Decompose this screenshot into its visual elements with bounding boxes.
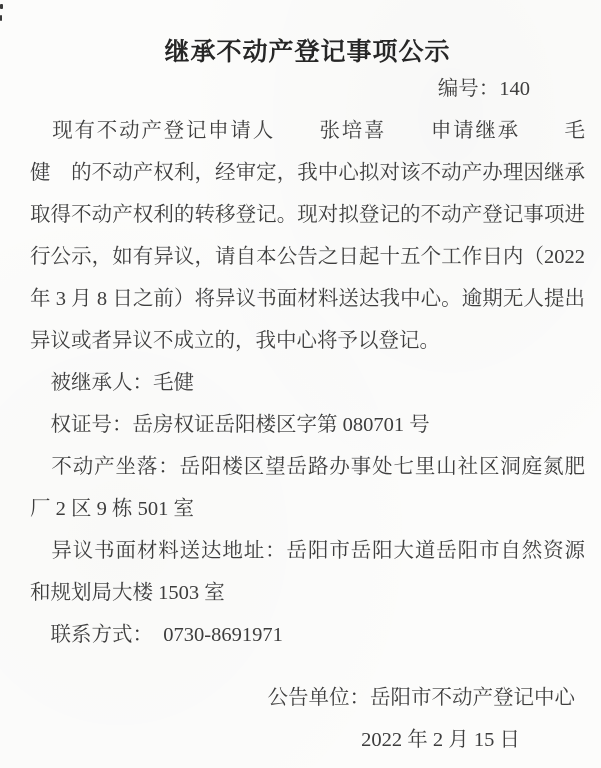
- certificate-number-line: 权证号：岳房权证岳阳楼区字第 080701 号: [30, 404, 585, 446]
- issue-date: 2022 年 2 月 15 日: [30, 719, 585, 761]
- property-location-line-2: 厂 2 区 9 栋 501 室: [30, 488, 585, 530]
- body-line-applicant: 现有不动产登记申请人 张培喜 申请继承 毛: [30, 110, 585, 152]
- notice-content: 继承不动产登记事项公示 编号：140 现有不动产登记申请人 张培喜 申请继承 毛…: [0, 0, 601, 761]
- objection-address-line-1: 异议书面材料送达地址：岳阳市岳阳大道岳阳市自然资源: [30, 530, 585, 572]
- issuing-authority: 公告单位：岳阳市不动产登记中心: [30, 677, 585, 719]
- decedent-line: 被继承人：毛健: [30, 362, 585, 404]
- body-line-objection-period: 行公示，如有异议，请自本公告之日起十五个工作日内（2022: [30, 236, 585, 278]
- page-title: 继承不动产登记事项公示: [30, 36, 585, 68]
- contact-phone-line: 联系方式： 0730-8691971: [30, 614, 585, 656]
- scan-artifact: [0, 4, 3, 9]
- body-line-rights: 健 的不动产权利，经审定，我中心拟对该不动产办理因继承: [30, 152, 585, 194]
- scan-artifact: [0, 15, 2, 21]
- property-location-line-1: 不动产坐落：岳阳楼区望岳路办事处七里山社区洞庭氮肥: [30, 446, 585, 488]
- objection-address-line-2: 和规划局大楼 1503 室: [30, 572, 585, 614]
- doc-number: 编号：140: [30, 68, 585, 110]
- body-line-registration: 异议或者异议不成立的，我中心将予以登记。: [30, 320, 585, 362]
- body-line-deadline: 年 3 月 8 日之前）将异议书面材料送达我中心。逾期无人提出: [30, 278, 585, 320]
- scanned-notice-page: 继承不动产登记事项公示 编号：140 现有不动产登记申请人 张培喜 申请继承 毛…: [0, 0, 601, 768]
- body-line-transfer: 取得不动产权利的转移登记。现对拟登记的不动产登记事项进: [30, 194, 585, 236]
